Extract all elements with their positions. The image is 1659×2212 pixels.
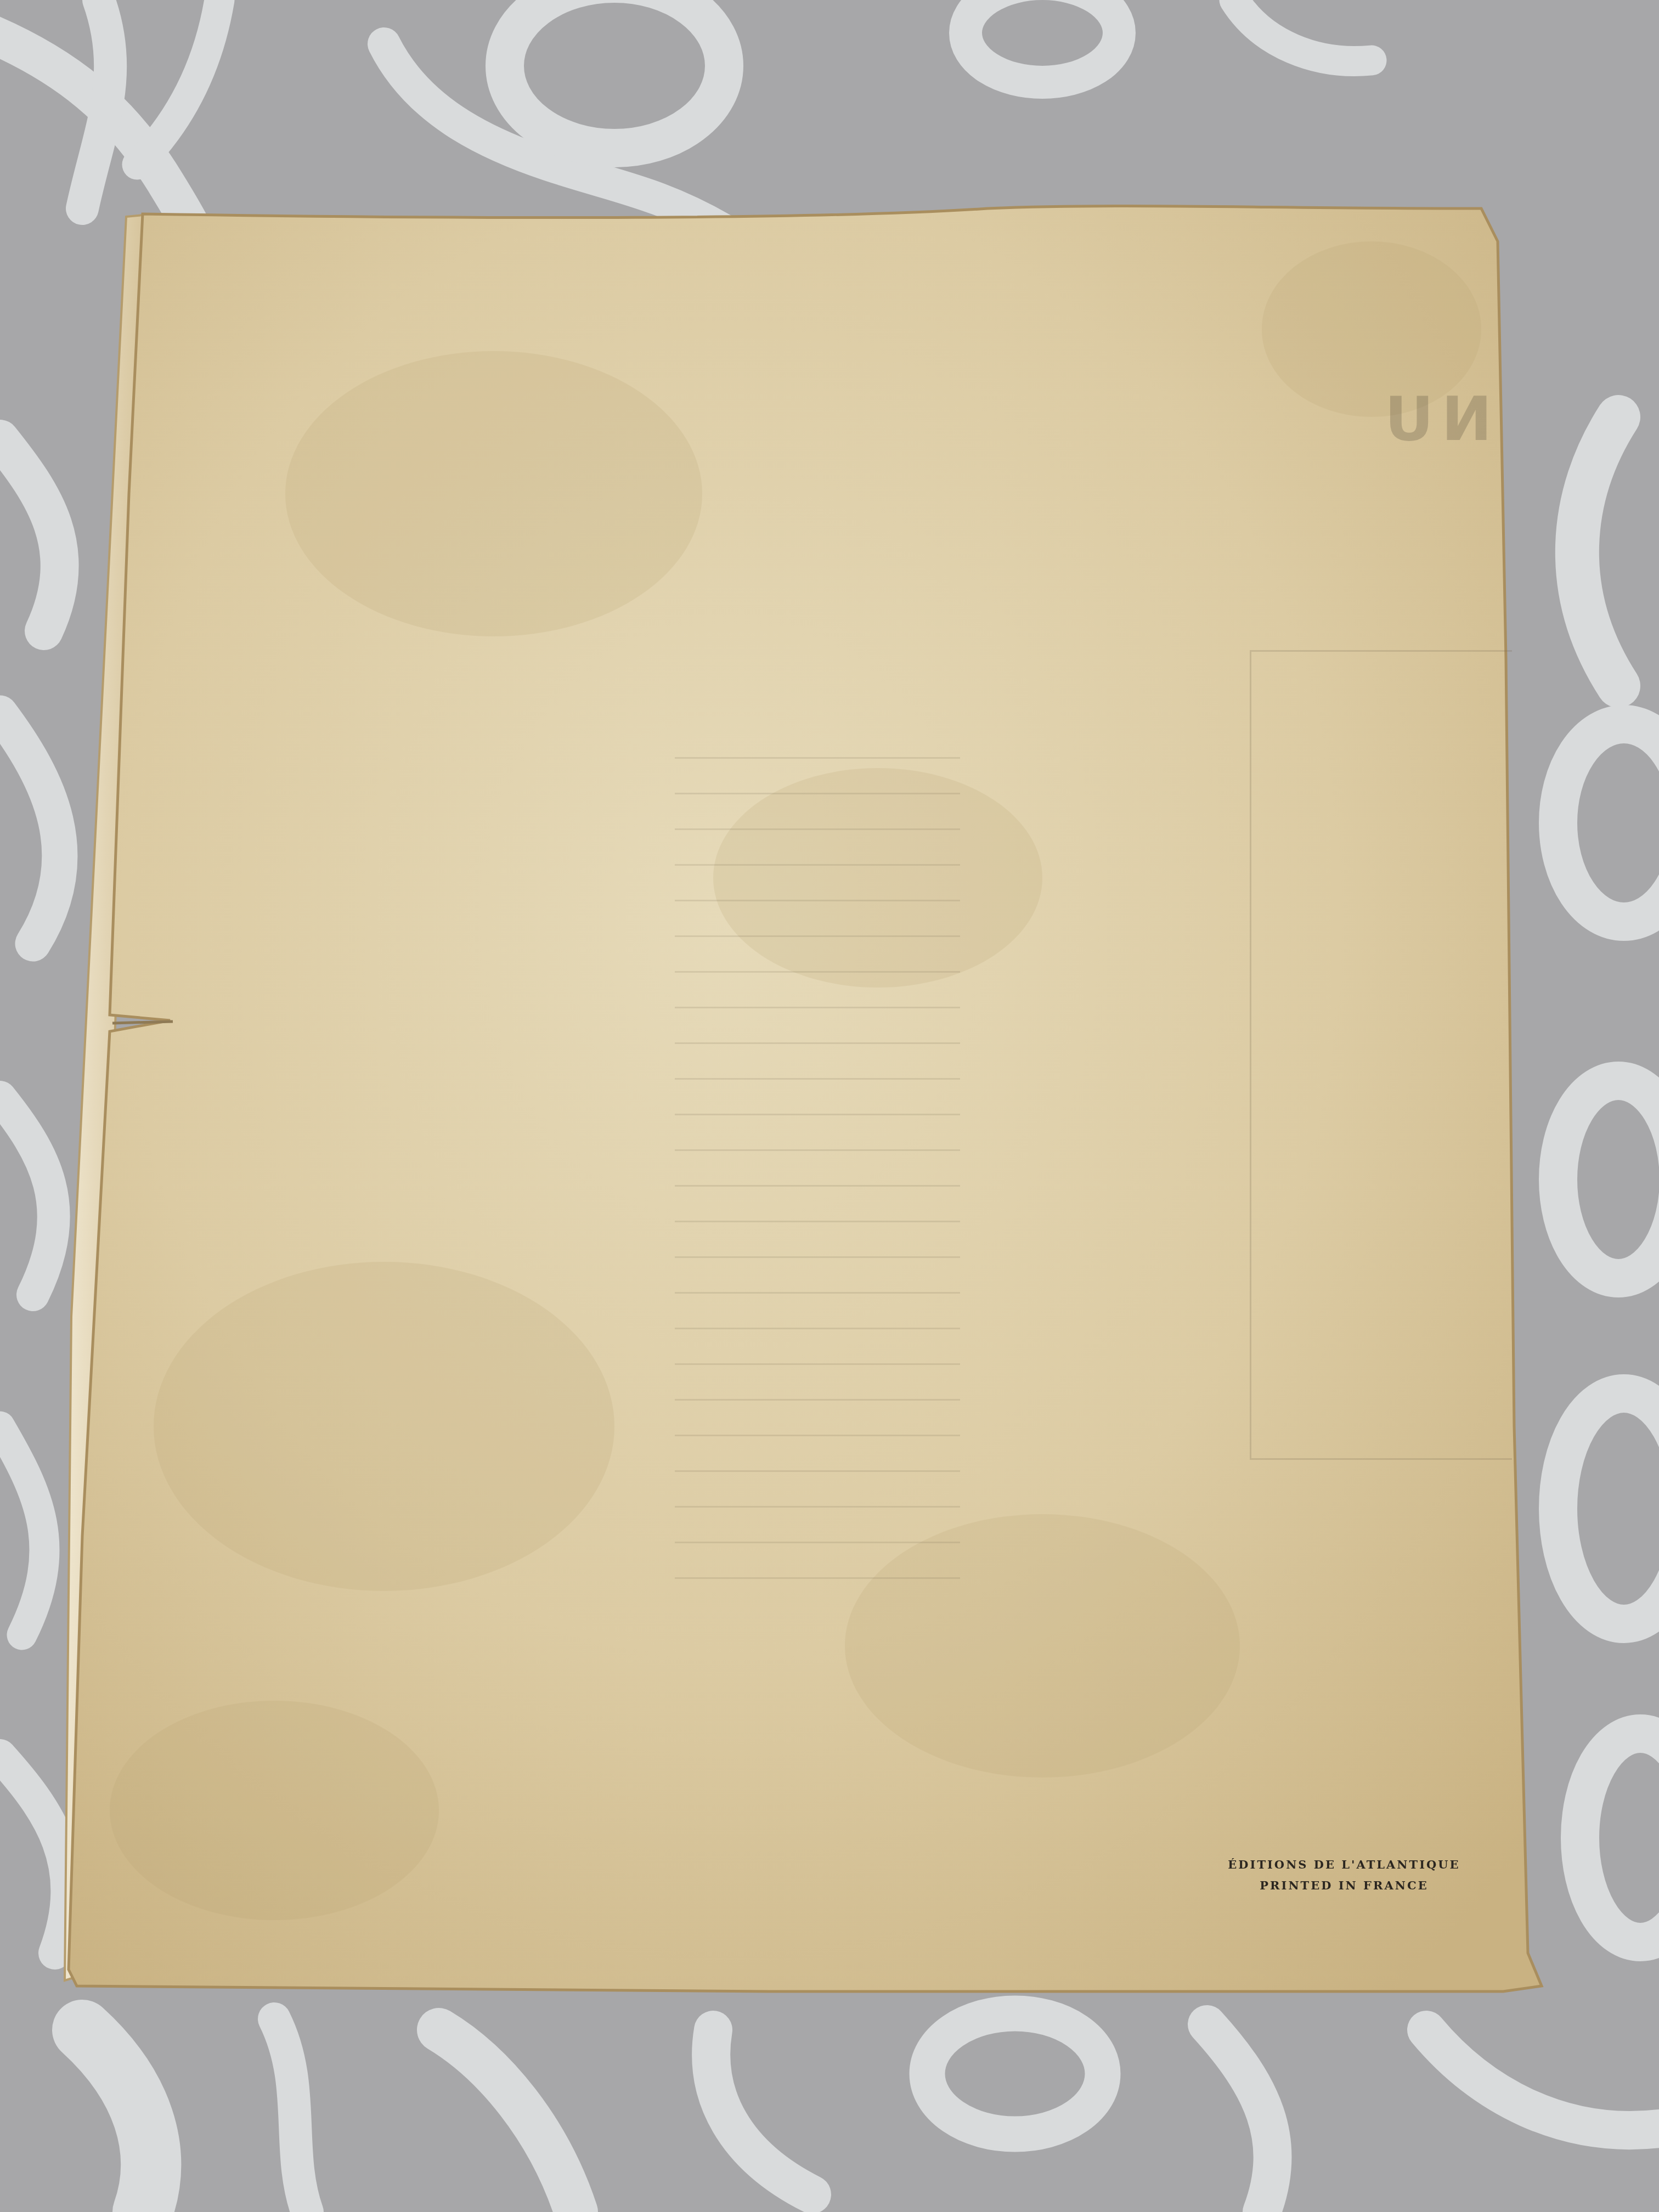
printed-in: PRINTED IN FRANCE	[1207, 1875, 1481, 1896]
booklet-back-cover: NU ÉDITIONS DE L'ATLANTIQUE PRINTED IN F…	[0, 0, 1659, 2212]
publisher-name: ÉDITIONS DE L'ATLANTIQUE	[1207, 1854, 1481, 1875]
publisher-imprint: ÉDITIONS DE L'ATLANTIQUE PRINTED IN FRAN…	[1207, 1854, 1481, 1896]
show-through-frame	[1250, 650, 1512, 1460]
show-through-lines	[675, 757, 960, 1613]
